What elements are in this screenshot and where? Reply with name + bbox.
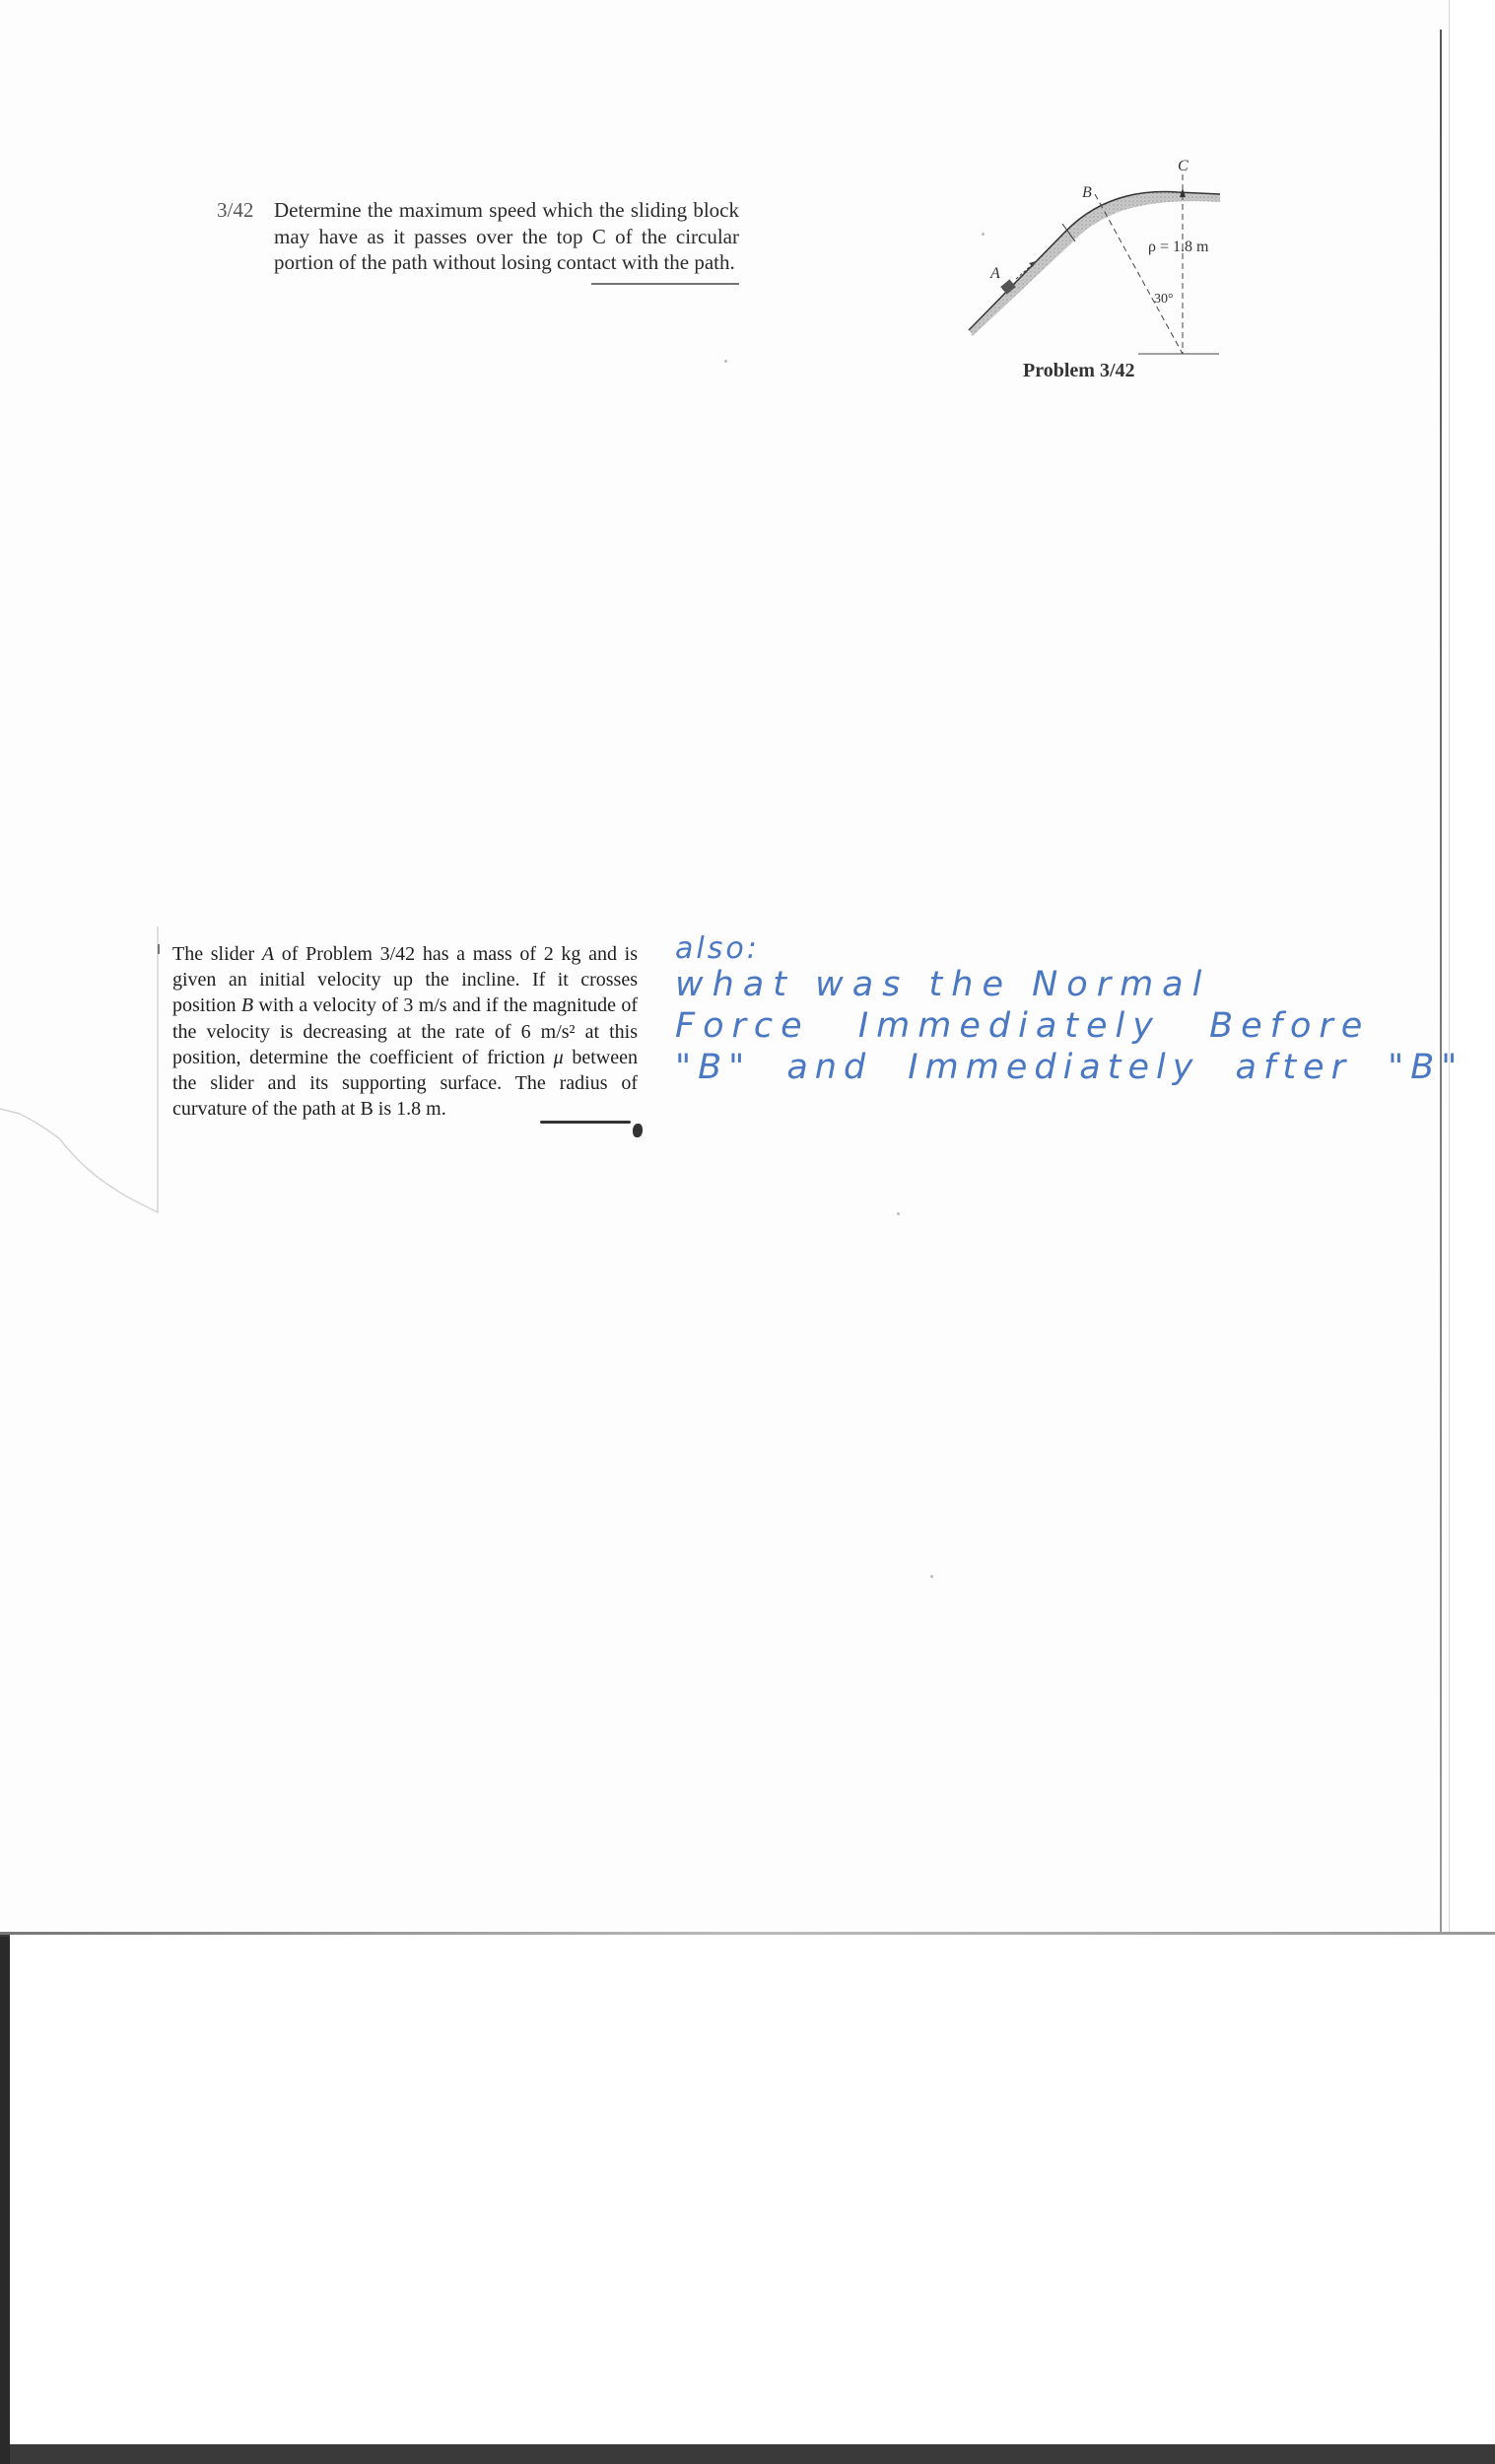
problem-text-part: The slider	[172, 943, 262, 965]
radius-line-b	[1095, 194, 1183, 354]
document-page: 3/42 Determine the maximum speed which t…	[0, 0, 1450, 1932]
problem-number: 3/42	[217, 197, 253, 224]
label-a: A	[989, 265, 1000, 282]
margin-tick	[158, 944, 160, 954]
label-b: B	[1082, 184, 1092, 201]
label-radius: ρ = 1.8 m	[1148, 239, 1209, 255]
scan-speck	[897, 1212, 900, 1215]
handwritten-note: also: what was the Normal Force Immediat…	[675, 934, 1365, 1088]
problem-diagram: C B A ρ = 1.8 m 30°	[951, 153, 1237, 389]
page-fold-line	[0, 1932, 1495, 1935]
scan-speck	[724, 360, 727, 363]
label-c: C	[1178, 158, 1189, 174]
problem-slider-friction: The slider A of Problem 3/42 has a mass …	[172, 941, 638, 1122]
note-line: Force Immediately Before	[675, 1005, 1365, 1047]
variable-mu: μ	[554, 1047, 564, 1068]
note-line: "B" and Immediately after "B"	[675, 1047, 1365, 1088]
note-line: what was the Normal	[675, 964, 1365, 1005]
scan-speck	[982, 233, 985, 236]
pen-underline	[540, 1121, 631, 1124]
figure-caption: Problem 3/42	[1023, 360, 1135, 382]
torn-paper-edge	[0, 926, 168, 1222]
page-edge-line	[1440, 30, 1442, 1932]
scan-speck	[930, 1575, 933, 1578]
scanner-edge	[0, 1937, 10, 2464]
ink-mark	[633, 1124, 643, 1137]
pen-underline	[591, 283, 739, 285]
note-line: also:	[675, 934, 1365, 964]
problem-3-42: 3/42 Determine the maximum speed which t…	[217, 197, 739, 276]
problem-text: Determine the maximum speed which the sl…	[274, 197, 739, 276]
variable-a: A	[262, 943, 274, 965]
variable-b: B	[241, 994, 253, 1016]
label-angle: 30°	[1154, 292, 1174, 307]
